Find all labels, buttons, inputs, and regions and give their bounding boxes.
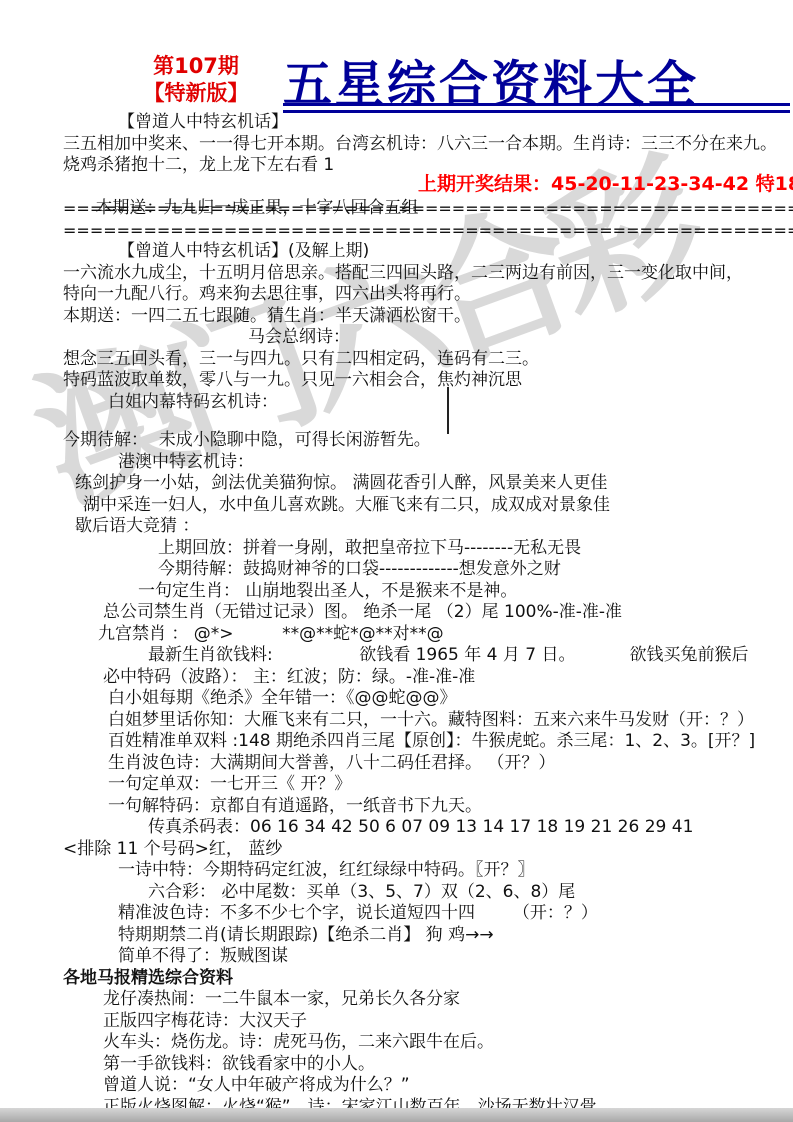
section-header-regional-data: 各地马报精选综合资料 <box>63 968 790 990</box>
text-line: 最新生肖欲钱料: 欲钱看 1965 年 4 月 7 日。 欲钱买兔前猴后 <box>63 645 790 667</box>
text-line: 九宫禁肖 ： @*> **@**蛇*@**对**@ <box>63 624 790 646</box>
text-line: 三五相加中奖来、一一得七开本期。台湾玄机诗：八六三一合本期。生肖诗：三三不分在来… <box>63 134 790 156</box>
text-line: 上期回放：拼着一身剐，敢把皇帝拉下马--------无私无畏 <box>63 538 790 560</box>
text-line: 特期期禁二肖(请长期跟踪)【绝杀二肖】 狗 鸡→→ <box>63 925 790 947</box>
text-line: 今期待解：鼓捣财神爷的口袋-------------想发意外之财 <box>63 559 790 581</box>
page: 澳门六合彩 第107期 【特新版】 五星综合资料大全 【曾道人中特玄机话】 三五… <box>0 0 793 1122</box>
text-line: 特码蓝波取单数，零八与一九。只见一六相会合，焦灼神沉思 <box>63 370 790 392</box>
text-line: 百姓精准单双料 :148 期绝杀四肖三尾【原创】：牛猴虎蛇。杀三尾：1、2、3。… <box>63 731 790 753</box>
text-line: 六合彩： 必中尾数：买单（3、5、7）双（2、6、8）尾 <box>63 882 790 904</box>
text-line: 精准波色诗：不多不少七个字，说长道短四十四 （开：？） <box>63 903 790 925</box>
bottom-gray-band <box>0 1108 793 1122</box>
text-line: 正版四字梅花诗：大汉天子 <box>63 1011 790 1033</box>
text-line: 曾道人说：“女人中年破产将成为什么？” <box>63 1075 790 1097</box>
edition-tag: 【特新版】 <box>132 77 260 107</box>
text-line: 总公司禁生肖（无错过记录）图。 绝杀一尾 （2）尾 100%-准-准-准 <box>63 602 790 624</box>
subheader-baijie-poem: 白姐内幕特码玄机诗： <box>63 392 790 414</box>
last-draw-result: 上期开奖结果：45-20-11-23-34-42 特18 <box>418 174 793 196</box>
text-line: 火车头：烧伤龙。诗：虎死马伤，二来六跟牛在后。 <box>63 1032 790 1054</box>
section-header-mystic-words-2: 【曾道人中特玄机话】(及解上期) <box>63 241 790 263</box>
text-line: 龙仔凑热闹：一二牛鼠本一家，兄弟长久各分家 <box>63 989 790 1011</box>
text-line: 简单不得了：叛贼图谋 <box>63 946 790 968</box>
text-line: 湖中采连一妇人，水中鱼儿喜欢跳。大雁飞来有二只，成双成对景象佳 <box>63 495 790 517</box>
text-line: 今期待解： 未成小隐聊中隐，可得长闲游暂先。 <box>63 430 790 452</box>
issue-number: 第107期 <box>140 50 252 80</box>
text-line: 生肖波色诗：大满期间大誉善，八十二码任君择。 （开？） <box>63 753 790 775</box>
text-line: 一诗中特：今期特码定红波，红红绿绿中特码。〖开？〗 <box>63 860 790 882</box>
text-line: 一六流水九成尘，十五明月倍思亲。搭配三四回头路，二三两边有前因，三一变化取中间， <box>63 263 790 285</box>
text-line: 第一手欲钱料：欲钱看家中的小人。 <box>63 1054 790 1076</box>
subheader-poem: 马会总纲诗： <box>63 327 790 349</box>
subheader-gangao-poem: 港澳中特玄机诗： <box>63 452 790 474</box>
separator-line: ========================================… <box>63 198 790 220</box>
text-line: 练剑护身一小姑，剑法优美猫狗惊。 满圆花香引人醉，风景美来人更佳 <box>63 473 790 495</box>
title-underline-top <box>283 103 790 106</box>
text-line: 传真杀码表：06 16 34 42 50 6 07 09 13 14 17 18… <box>63 817 790 839</box>
text-line: 白小姐每期《绝杀》全年错一：《@@蛇@@》 <box>63 688 790 710</box>
title-underline-bottom <box>283 110 790 113</box>
text-line: 特向一九配八行。鸡来狗去思往事，四六出头将再行。 <box>63 284 790 306</box>
text-line: 必中特码（波路）： 主：红波；防：绿。-准-准-准 <box>63 667 790 689</box>
document-body: 【曾道人中特玄机话】 三五相加中奖来、一一得七开本期。台湾玄机诗：八六三一合本期… <box>63 112 790 1118</box>
text-line: 一句解特码：京都自有逍遥路，一纸音书下九天。 <box>63 796 790 818</box>
text-line: 一句定单双：一七开三《 开？》 <box>63 774 790 796</box>
text-line: 本期送：九九归一成正果，十字八回合五组 上期开奖结果：45-20-11-23-3… <box>63 177 790 199</box>
text-line: 想念三五回头看，三一与四九。只有二四相定码，连码有二三。 <box>63 349 790 371</box>
annotation-vertical-line <box>447 387 449 434</box>
text-line: <排除 11 个号码>红， 蓝纱 <box>63 839 790 861</box>
text-line: 白姐梦里话你知：大雁飞来有二只，一十六。藏特图料：五来六来牛马发财（开：？） <box>63 710 790 732</box>
separator-line: ========================================… <box>63 220 790 242</box>
text-line: 一句定生肖： 山崩地裂出圣人，不是猴来不是神。 <box>63 581 790 603</box>
text-line: 本期送：一四二五七跟随。猜生肖：半天潇洒松窗干。 <box>63 306 790 328</box>
subheader-riddle: 歇后语大竞猜 ： <box>63 516 790 538</box>
